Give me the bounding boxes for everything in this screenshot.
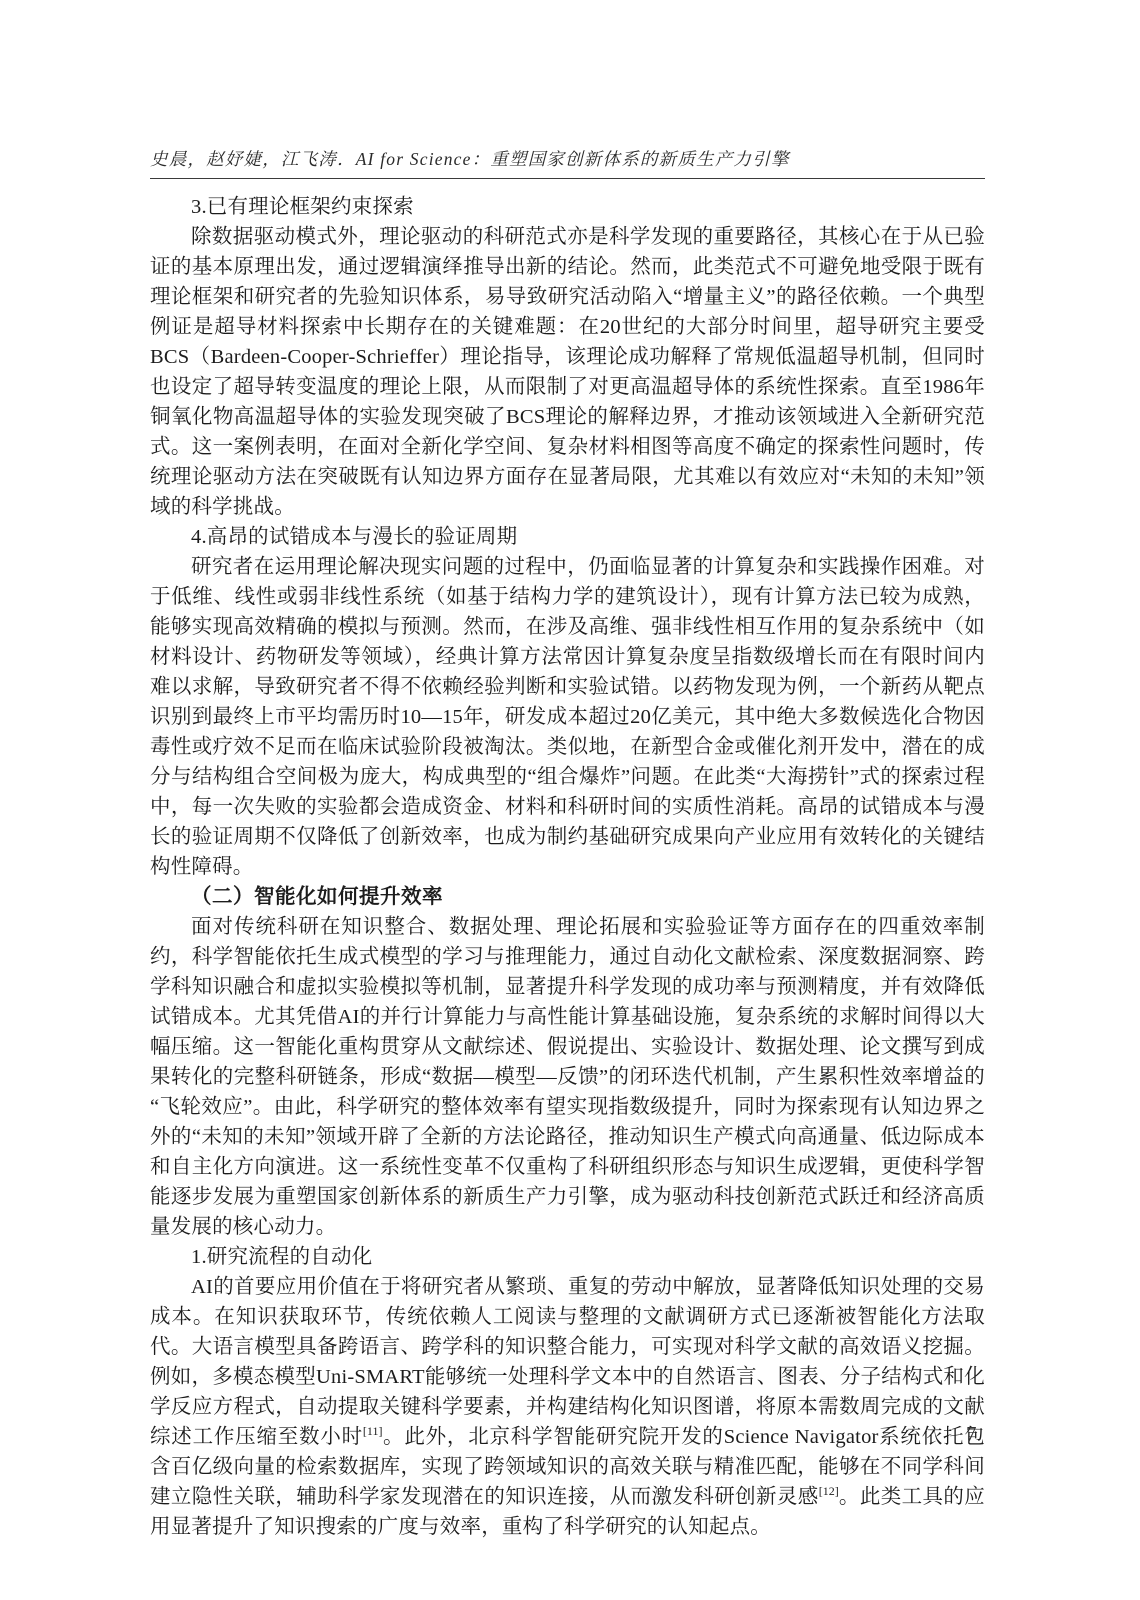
page-number: 7 [966,1422,977,1447]
section-heading: 1.研究流程的自动化 [150,1242,985,1272]
section-heading: 4.高昂的试错成本与漫长的验证周期 [150,522,985,552]
running-head-citation: 史晨，赵妤婕，江飞涛．AI for Science：重塑国家创新体系的新质生产力… [150,146,985,171]
reference-marker: [12] [819,1484,839,1498]
document-page: 史晨，赵妤婕，江飞涛．AI for Science：重塑国家创新体系的新质生产力… [0,0,1140,1600]
paragraph: 除数据驱动模式外，理论驱动的科研范式亦是科学发现的重要路径，其核心在于从已验证的… [150,222,985,522]
paragraph: AI的首要应用价值在于将研究者从繁琐、重复的劳动中解放，显著降低知识处理的交易成… [150,1272,985,1542]
paragraph: 面对传统科研在知识整合、数据处理、理论拓展和实验验证等方面存在的四重效率制约，科… [150,912,985,1242]
article-body: 3.已有理论框架约束探索除数据驱动模式外，理论驱动的科研范式亦是科学发现的重要路… [150,192,985,1542]
paragraph: 研究者在运用理论解决现实问题的过程中，仍面临显著的计算复杂和实践操作困难。对于低… [150,552,985,882]
section-heading: 3.已有理论框架约束探索 [150,192,985,222]
header-rule [150,178,985,179]
reference-marker: [11] [363,1424,383,1438]
page-header: 史晨，赵妤婕，江飞涛．AI for Science：重塑国家创新体系的新质生产力… [150,146,985,187]
section-heading: （二）智能化如何提升效率 [150,882,985,912]
